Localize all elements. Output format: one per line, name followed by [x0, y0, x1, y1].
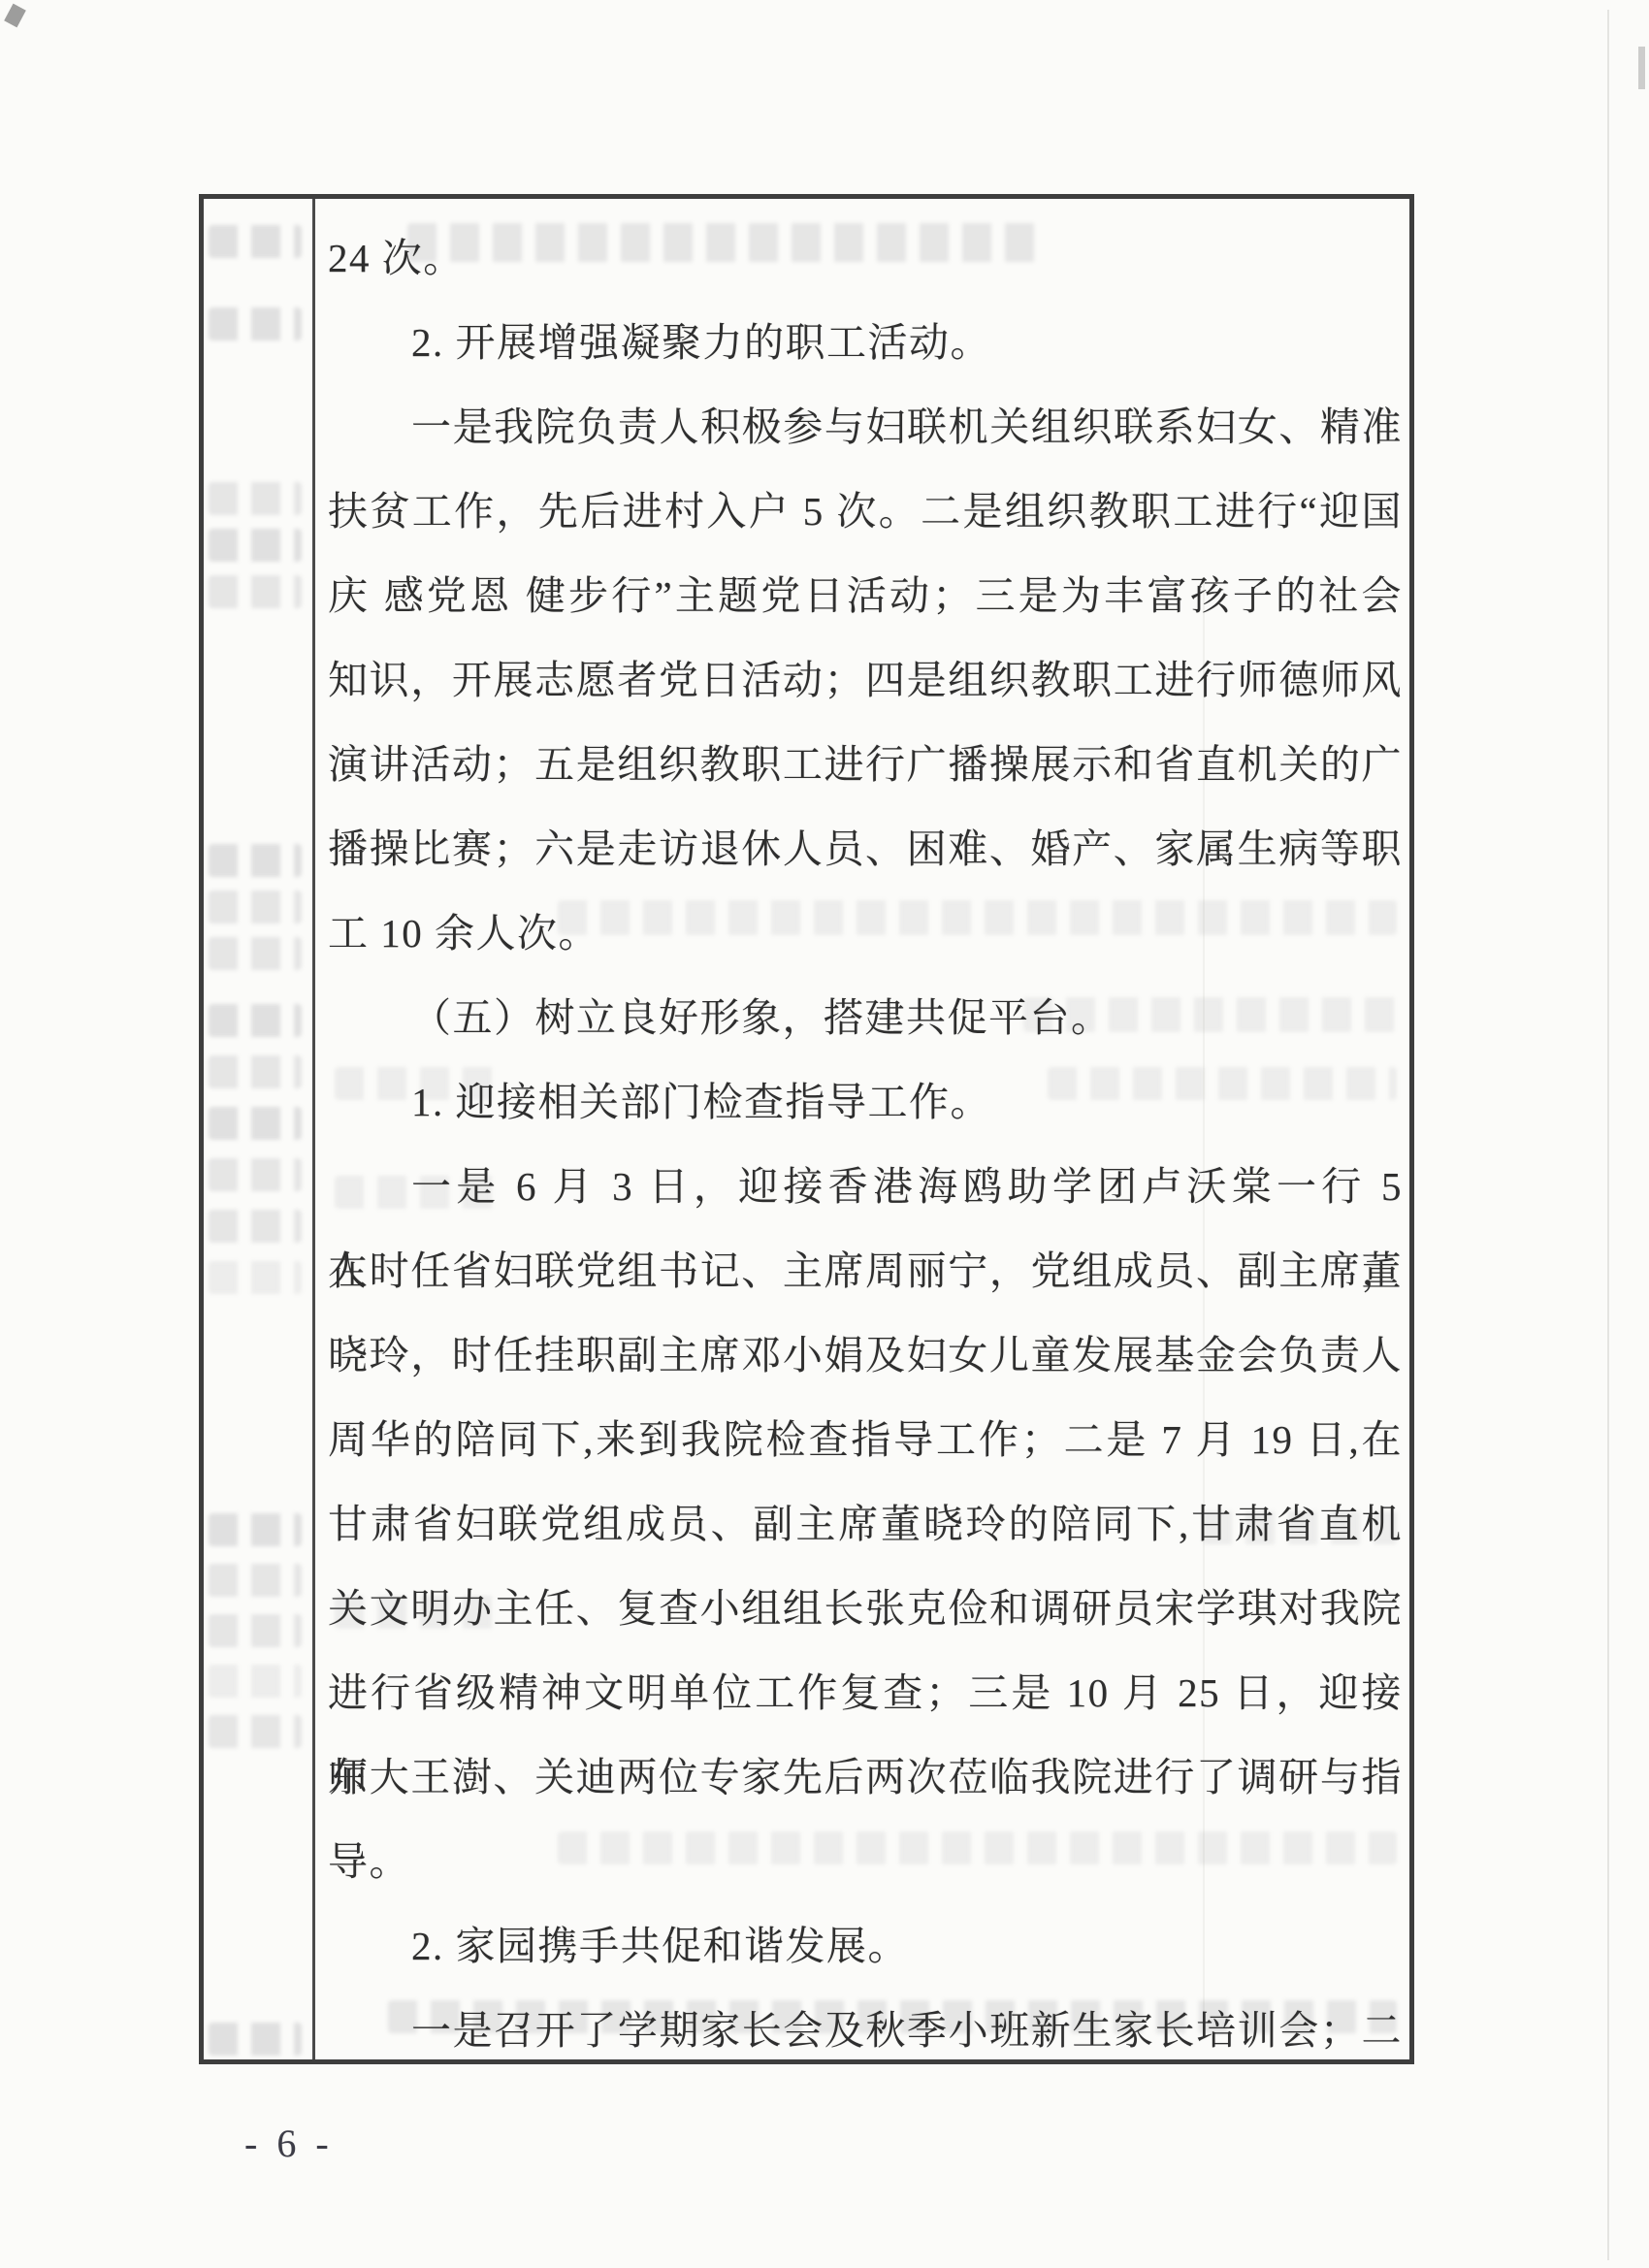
- table-left-column: [204, 199, 312, 2059]
- document-text-column: 24 次。 2. 开展增强凝聚力的职工活动。 一是我院负责人积极参与妇联机关组织…: [328, 216, 1403, 2073]
- text-line: 演讲活动；五是组织教职工进行广播操展示和省直机关的广: [328, 723, 1403, 807]
- text-line: 庆 感党恩 健步行”主题党日活动；三是为丰富孩子的社会: [328, 554, 1403, 638]
- text-line: 24 次。: [328, 216, 1403, 301]
- text-line: 一是召开了学期家长会及秋季小班新生家长培训会；二: [328, 1989, 1403, 2073]
- text-line: 在时任省妇联党组书记、主席周丽宁，党组成员、副主席董: [328, 1229, 1403, 1313]
- table-column-divider: [312, 199, 315, 2059]
- text-line: 1. 迎接相关部门检查指导工作。: [328, 1060, 1403, 1145]
- text-line: 进行省级精神文明单位工作复查；三是 10 月 25 日，迎接东: [328, 1651, 1403, 1735]
- scanned-document-page: { "page": { "page_number": "- 6 -" }, "c…: [0, 0, 1649, 2268]
- text-line: 周华的陪同下,来到我院检查指导工作；二是 7 月 19 日,在: [328, 1398, 1403, 1482]
- scan-crease: [1607, 10, 1609, 2260]
- text-line: 2. 开展增强凝聚力的职工活动。: [328, 301, 1403, 385]
- text-line: 关文明办主任、复查小组组长张克俭和调研员宋学琪对我院: [328, 1567, 1403, 1651]
- text-line: 一是我院负责人积极参与妇联机关组织联系妇女、精准: [328, 385, 1403, 470]
- text-line: 导。: [328, 1820, 1403, 1904]
- document-table-border: 24 次。 2. 开展增强凝聚力的职工活动。 一是我院负责人积极参与妇联机关组织…: [199, 194, 1414, 2064]
- text-line: 一是 6 月 3 日，迎接香港海鸥助学团卢沃棠一行 5 人，: [328, 1145, 1403, 1229]
- text-line: 2. 家园携手共促和谐发展。: [328, 1904, 1403, 1989]
- scan-speck: [4, 4, 26, 28]
- text-line: 扶贫工作，先后进村入户 5 次。二是组织教职工进行“迎国: [328, 470, 1403, 554]
- text-line: 知识，开展志愿者党日活动；四是组织教职工进行师德师风: [328, 638, 1403, 723]
- text-line: （五）树立良好形象，搭建共促平台。: [328, 976, 1403, 1060]
- text-line: 师大王澍、关迪两位专家先后两次莅临我院进行了调研与指: [328, 1735, 1403, 1820]
- text-line: 晓玲，时任挂职副主席邓小娟及妇女儿童发展基金会负责人: [328, 1313, 1403, 1398]
- text-line: 播操比赛；六是走访退休人员、困难、婚产、家属生病等职: [328, 807, 1403, 891]
- page-number: - 6 -: [244, 2121, 334, 2166]
- scan-speck: [1638, 47, 1645, 89]
- text-line: 工 10 余人次。: [328, 891, 1403, 976]
- text-line: 甘肃省妇联党组成员、副主席董晓玲的陪同下,甘肃省直机: [328, 1482, 1403, 1567]
